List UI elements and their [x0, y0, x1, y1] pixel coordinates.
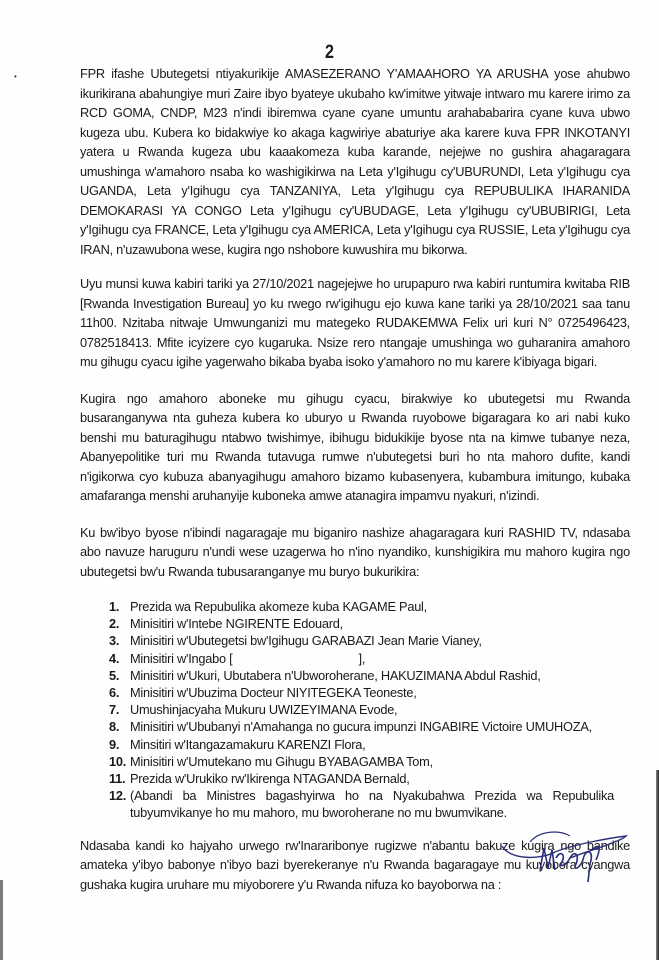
paragraph-3: Kugira ngo amahoro aboneke mu gihugu cya… — [80, 389, 630, 506]
list-text-after: ], — [358, 651, 365, 666]
list-item: 7. Umushinjacyaha Mukuru UWIZEYIMANA Evo… — [109, 701, 630, 718]
list-text: Umushinjacyaha Mukuru UWIZEYIMANA Evode, — [130, 701, 630, 718]
paragraph-1: FPR ifashe Ubutegetsi ntiyakurikije AMAS… — [80, 64, 630, 259]
list-text: Minisitiri w'Intebe NGIRENTE Edouard, — [130, 615, 630, 632]
list-number: 11. — [109, 770, 130, 787]
document-body: FPR ifashe Ubutegetsi ntiyakurikije AMAS… — [80, 64, 630, 911]
list-text: Minisitiri w'Ubuzima Docteur NIYITEGEKA … — [130, 684, 630, 701]
signature-icon — [500, 830, 630, 890]
margin-mark: • — [14, 72, 17, 81]
list-item: 2. Minisitiri w'Intebe NGIRENTE Edouard, — [109, 615, 630, 632]
list-text: (Abandi ba Ministres bagashyirwa ho na N… — [130, 787, 630, 821]
list-item: 5. Minisitiri w'Ukuri, Ubutabera n'Ubwor… — [109, 667, 630, 684]
list-item: 1. Prezida wa Repubulika akomeze kuba KA… — [109, 598, 630, 615]
list-item: 12. (Abandi ba Ministres bagashyirwa ho … — [109, 787, 630, 821]
list-number: 1. — [109, 598, 130, 615]
list-number: 3. — [109, 632, 130, 649]
list-item: 11. Prezida w'Urukiko rw'Ikirenga NTAGAN… — [109, 770, 630, 787]
list-item: 9. Minsitiri w'Itangazamakuru KARENZI Fl… — [109, 736, 630, 753]
list-number: 9. — [109, 736, 130, 753]
list-number: 6. — [109, 684, 130, 701]
list-item: 6. Minisitiri w'Ubuzima Docteur NIYITEGE… — [109, 684, 630, 701]
list-number: 10. — [109, 753, 130, 770]
list-number: 4. — [109, 650, 130, 667]
document-page: 2 • FPR ifashe Ubutegetsi ntiyakurikije … — [0, 0, 659, 960]
list-item: 10. Minisitiri w'Umutekano mu Gihugu BYA… — [109, 753, 630, 770]
scan-edge-left — [0, 880, 3, 960]
list-text-before: Minisitiri w'Ingabo [ — [130, 651, 232, 666]
list-text: Minisitiri w'Ubutegetsi bw'Igihugu GARAB… — [130, 632, 630, 649]
list-text: Minisitiri w'Ukuri, Ubutabera n'Ubworohe… — [130, 667, 630, 684]
paragraph-2: Uyu munsi kuwa kabiri tariki ya 27/10/20… — [80, 274, 630, 372]
list-number: 8. — [109, 718, 130, 735]
list-number: 5. — [109, 667, 130, 684]
list-number: 7. — [109, 701, 130, 718]
list-text: Minisitiri w'Ububanyi n'Amahanga no gucu… — [130, 718, 630, 735]
list-item: 3. Minisitiri w'Ubutegetsi bw'Igihugu GA… — [109, 632, 630, 649]
list-item: 8. Minisitiri w'Ububanyi n'Amahanga no g… — [109, 718, 630, 735]
page-number: 2 — [49, 42, 609, 64]
list-text: Minisitiri w'Umutekano mu Gihugu BYABAGA… — [130, 753, 630, 770]
list-number: 2. — [109, 615, 130, 632]
paragraph-4: Ku bw'ibyo byose n'ibindi nagaragaje mu … — [80, 523, 630, 582]
list-text: Minsitiri w'Itangazamakuru KARENZI Flora… — [130, 736, 630, 753]
list-item: 4. Minisitiri w'Ingabo [], — [109, 650, 630, 667]
list-text: Minisitiri w'Ingabo [], — [130, 650, 630, 667]
list-text: Prezida wa Repubulika akomeze kuba KAGAM… — [130, 598, 630, 615]
list-number: 12. — [109, 787, 130, 821]
appointments-list: 1. Prezida wa Repubulika akomeze kuba KA… — [80, 598, 630, 822]
list-text: Prezida w'Urukiko rw'Ikirenga NTAGANDA B… — [130, 770, 630, 787]
